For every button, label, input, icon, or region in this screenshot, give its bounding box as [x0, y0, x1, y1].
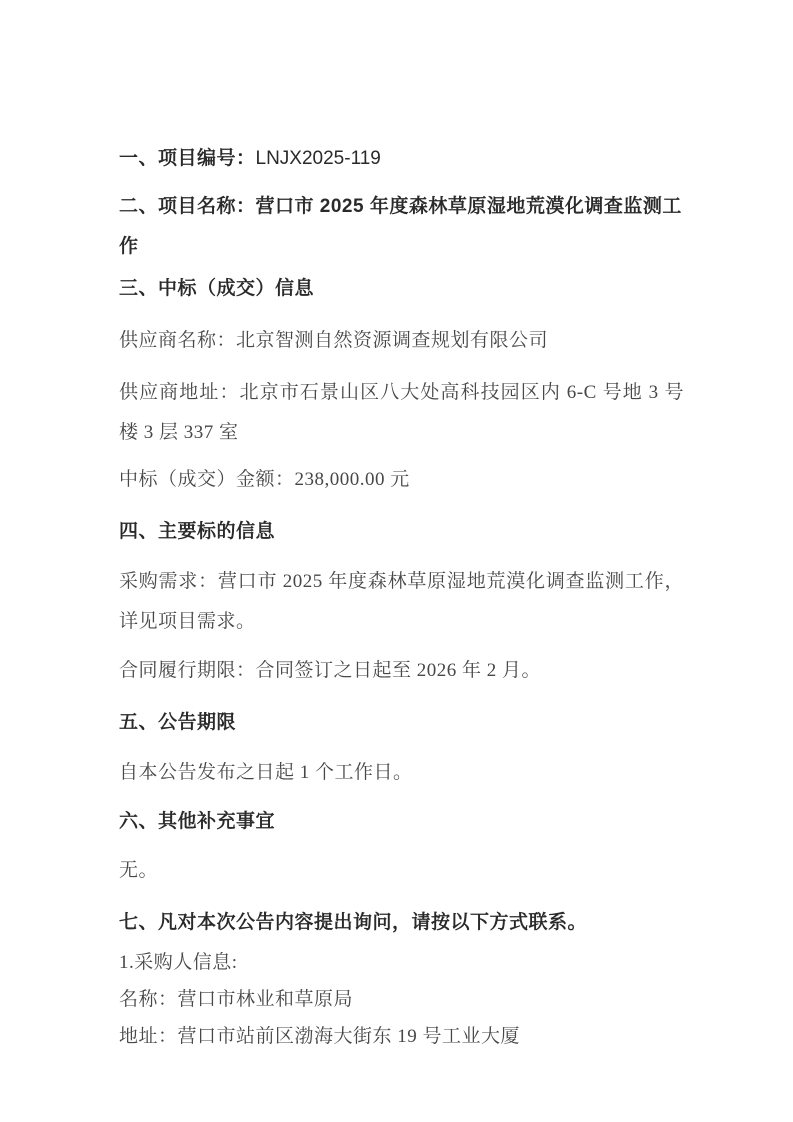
contact-purchaser-info-title: 1.采购人信息: [119, 944, 684, 981]
contact-purchaser-address: 地址：营口市站前区渤海大街东 19 号工业大厦 [119, 1018, 684, 1055]
heading-project-number-label: 一、项目编号： [119, 148, 256, 169]
body-procurement-demand: 采购需求：营口市 2025 年度森林草原湿地荒漠化调查监测工作，详见项目需求。 [119, 562, 684, 642]
heading-contact-methods: 七、凡对本次公告内容提出询问，请按以下方式联系。 [119, 903, 684, 943]
project-number-value: LNJX2025-119 [256, 148, 381, 169]
contact-purchaser-name: 名称：营口市林业和草原局 [119, 981, 684, 1018]
body-contract-period: 合同履行期限：合同签订之日起至 2026 年 2 月。 [119, 651, 684, 691]
body-award-amount: 中标（成交）金额：238,000.00 元 [119, 460, 684, 500]
body-supplier-name: 供应商名称：北京智测自然资源调查规划有限公司 [119, 321, 684, 361]
body-supplier-address: 供应商地址：北京市石景山区八大处高科技园区内 6-C 号地 3 号楼 3 层 3… [119, 373, 684, 453]
heading-other-matters: 六、其他补充事宜 [119, 802, 684, 842]
body-announcement-period: 自本公告发布之日起 1 个工作日。 [119, 753, 684, 793]
document-page: 一、项目编号：LNJX2025-119 二、项目名称：营口市 2025 年度森林… [0, 0, 793, 1122]
heading-announcement-period: 五、公告期限 [119, 703, 684, 743]
heading-project-name: 二、项目名称：营口市 2025 年度森林草原湿地荒漠化调查监测工作 [119, 187, 684, 267]
heading-award-info: 三、中标（成交）信息 [119, 269, 684, 309]
body-other-matters-none: 无。 [119, 851, 684, 891]
heading-main-subject-info: 四、主要标的信息 [119, 512, 684, 552]
heading-project-number: 一、项目编号：LNJX2025-119 [119, 139, 684, 179]
